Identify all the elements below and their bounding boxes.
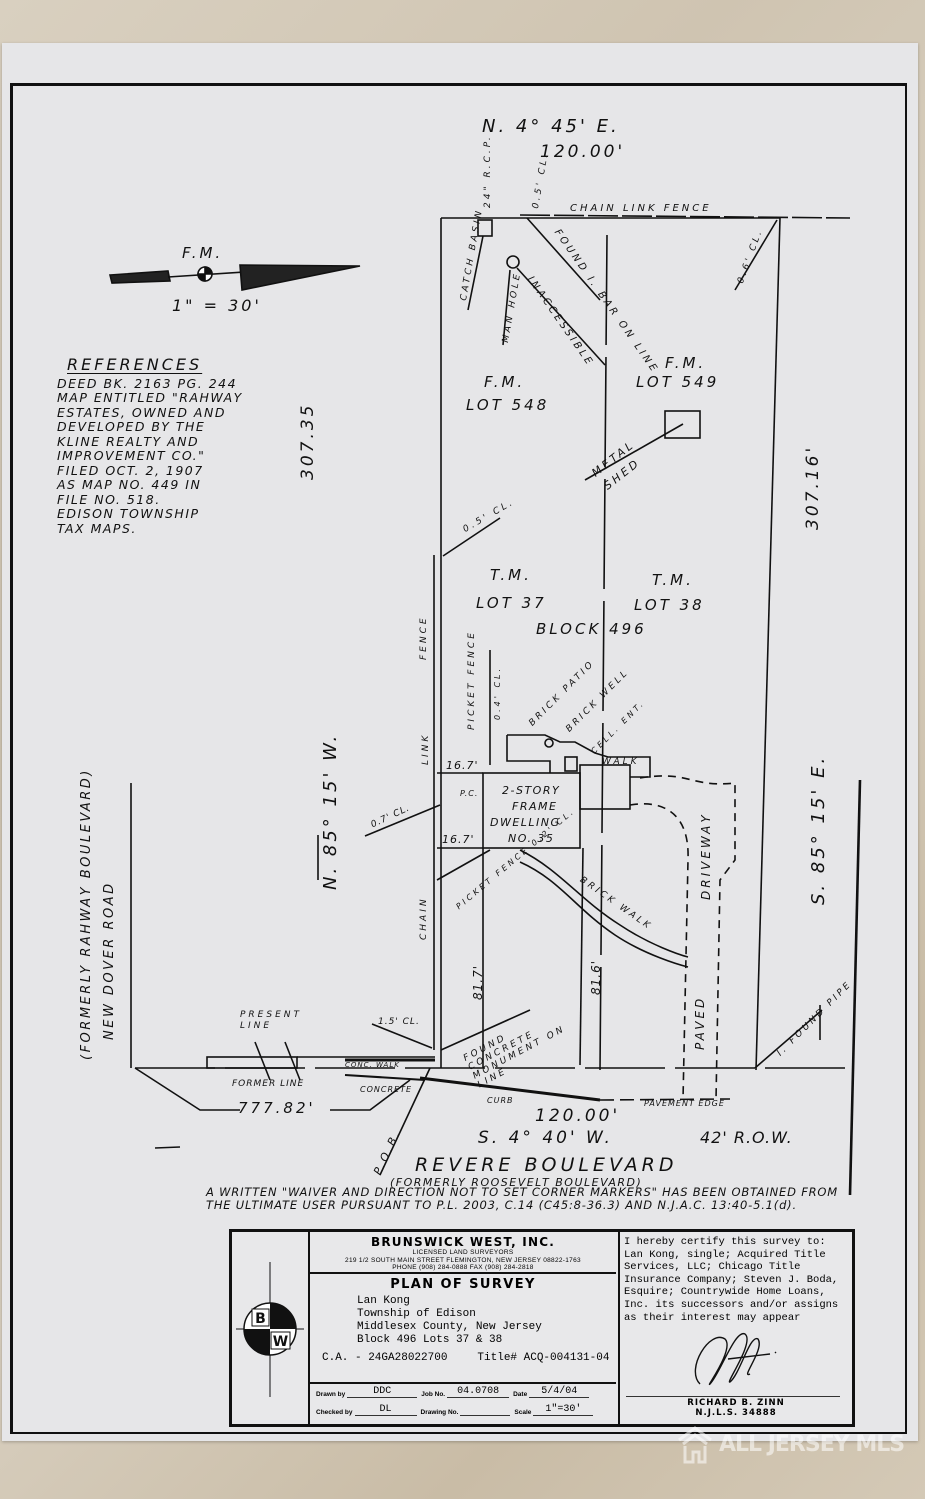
checked-by-value: DL	[355, 1404, 417, 1416]
clearance-15-label: 1.5' CL.	[378, 1018, 420, 1027]
reference-line: AS MAP NO. 449 IN	[57, 478, 317, 493]
title-number: Title# ACQ-004131-04	[477, 1352, 609, 1364]
north-arrow-label: F.M.	[182, 246, 223, 261]
chain-label: CHAIN	[420, 896, 429, 940]
signature	[680, 1324, 790, 1394]
reference-line: MAP ENTITLED "RAHWAY	[57, 391, 317, 406]
drawn-by-label: Drawn by	[316, 1391, 345, 1398]
drawing-no-value	[460, 1415, 510, 1416]
surveyor-license: N.J.L.S. 34888	[620, 1408, 852, 1418]
lot-38-label: LOT 38	[634, 598, 705, 613]
side-road-name: NEW DOVER ROAD	[103, 881, 116, 1040]
reference-line: DEED BK. 2163 PG. 244	[57, 377, 317, 392]
dim-81-6: 81.6'	[590, 960, 602, 995]
drawn-by-value: DDC	[347, 1386, 417, 1398]
lot-37-label: LOT 37	[476, 596, 547, 611]
lot-549-fm: F.M.	[665, 356, 706, 371]
company-logo: B W	[232, 1232, 310, 1424]
picket-fence-top-clearance: 0.4' CL.	[494, 666, 502, 720]
checked-by-label: Checked by	[316, 1409, 353, 1416]
ca-title-row: C.A. - 24GA28022700 Title# ACQ-004131-04	[322, 1352, 616, 1364]
certification-text: I hereby certify this survey to: Lan Kon…	[624, 1236, 850, 1324]
date-value: 5/4/04	[529, 1386, 589, 1398]
owner-info: Lan Kong Township of Edison Middlesex Co…	[357, 1295, 616, 1347]
svg-text:B: B	[255, 1311, 266, 1327]
ca-number: C.A. - 24GA28022700	[322, 1352, 447, 1364]
concrete-label: CONCRETE	[360, 1086, 412, 1094]
owner-name: Lan Kong	[357, 1295, 616, 1308]
house-icon	[677, 1424, 713, 1464]
scale-label: 1" = 30'	[172, 298, 262, 314]
reference-line: DEVELOPED BY THE	[57, 420, 317, 435]
lot-37-tm: T.M.	[490, 568, 532, 583]
mls-watermark: ALL JERSEY MLS	[677, 1424, 904, 1464]
reference-line: TAX MAPS.	[57, 522, 317, 537]
right-of-way: 42' R.O.W.	[700, 1130, 793, 1146]
township: Township of Edison	[357, 1308, 616, 1321]
company-address: 219 1/2 SOUTH MAIN STREET FLEMINGTON, NE…	[310, 1257, 616, 1265]
surveyor-block: RICHARD B. ZINN N.J.L.S. 34888	[620, 1398, 852, 1418]
right-distance: 307.16'	[805, 445, 822, 530]
lot-548-label: LOT 548	[466, 398, 549, 413]
right-bearing: S. 85° 15' E.	[810, 755, 828, 905]
driveway-label: DRIVEWAY	[700, 812, 712, 900]
certification-section: I hereby certify this survey to: Lan Kon…	[618, 1232, 852, 1424]
top-bearing: N. 4° 45' E.	[482, 118, 620, 136]
company-header: BRUNSWICK WEST, INC. LICENSED LAND SURVE…	[310, 1232, 616, 1274]
plan-title: PLAN OF SURVEY	[310, 1277, 616, 1292]
drawing-no-label: Drawing No.	[421, 1409, 459, 1416]
top-distance: 120.00'	[540, 144, 625, 161]
drawing-meta: Drawn by DDC Job No. 04.0708 Date 5/4/04…	[310, 1384, 616, 1424]
reference-line: FILED OCT. 2, 1907	[57, 464, 317, 479]
present-line-label: PRESENT LINE	[240, 1010, 320, 1032]
waiver-note: A WRITTEN "WAIVER AND DIRECTION NOT TO S…	[206, 1186, 856, 1211]
plan-section: PLAN OF SURVEY Lan Kong Township of Edis…	[310, 1274, 616, 1384]
pavement-edge-label: PAVEMENT EDGE	[644, 1100, 725, 1108]
side-road-former-name: (FORMERLY RAHWAY BOULEVARD)	[80, 768, 93, 1060]
title-block-main: BRUNSWICK WEST, INC. LICENSED LAND SURVE…	[310, 1232, 616, 1424]
signature-line	[626, 1396, 840, 1397]
reference-line: EDISON TOWNSHIP	[57, 507, 317, 522]
dim-81-7: 81.7'	[472, 965, 484, 1000]
reference-line: IMPROVEMENT CO."	[57, 449, 317, 464]
lot-548-fm: F.M.	[484, 375, 525, 390]
former-line-label: FORMER LINE	[232, 1080, 304, 1089]
county: Middlesex County, New Jersey	[357, 1321, 616, 1334]
title-block: B W BRUNSWICK WEST, INC. LICENSED LAND S…	[229, 1229, 855, 1427]
bottom-bearing: S. 4° 40' W.	[478, 1130, 613, 1147]
lot-549-label: LOT 549	[636, 375, 719, 390]
block-lots: Block 496 Lots 37 & 38	[357, 1334, 616, 1347]
bottom-distance: 120.00'	[535, 1108, 620, 1125]
scale-label: Scale	[514, 1409, 531, 1416]
walk-label: WALK	[602, 758, 640, 767]
surveyor-name: RICHARD B. ZINN	[620, 1398, 852, 1408]
link-label: LINK	[422, 733, 431, 765]
references-block: REFERENCES DEED BK. 2163 PG. 244 MAP ENT…	[57, 358, 317, 536]
fence-label: FENCE	[420, 615, 429, 660]
company-subtitle: LICENSED LAND SURVEYORS	[310, 1249, 616, 1257]
job-no-label: Job No.	[421, 1391, 445, 1398]
street-name: REVERE BOULEVARD	[415, 1156, 677, 1175]
company-phone: PHONE (908) 284-0888 FAX (908) 284-2818	[310, 1264, 616, 1272]
job-no-value: 04.0708	[447, 1386, 509, 1398]
reference-line: FILE NO. 518.	[57, 493, 317, 508]
lot-38-tm: T.M.	[652, 573, 694, 588]
date-label: Date	[513, 1391, 527, 1398]
dim-16-7-bottom: 16.7'	[442, 834, 475, 845]
pc-label: P.C.	[460, 790, 478, 798]
rcp-label: 24" R.C.P.	[484, 134, 493, 208]
curb-label: CURB	[487, 1097, 514, 1105]
paved-label: PAVED	[694, 996, 706, 1050]
reference-line: KLINE REALTY AND	[57, 435, 317, 450]
references-title: REFERENCES	[67, 358, 317, 373]
dwelling-line-1: 2-STORY	[502, 785, 560, 796]
company-name: BRUNSWICK WEST, INC.	[310, 1235, 616, 1249]
left-bearing: N. 85° 15' W.	[322, 733, 340, 890]
scale-value: 1"=30'	[533, 1404, 593, 1416]
block-label: BLOCK 496	[536, 622, 647, 637]
dim-16-7-top: 16.7'	[446, 760, 479, 771]
reference-line: ESTATES, OWNED AND	[57, 406, 317, 421]
conc-walk-label: CONC. WALK	[345, 1062, 400, 1069]
dwelling-line-2: FRAME	[512, 801, 557, 812]
svg-text:W: W	[273, 1334, 288, 1350]
watermark-text: ALL JERSEY MLS	[719, 1432, 904, 1457]
picket-fence-top-label: PICKET FENCE	[468, 630, 477, 730]
chain-link-fence-label: CHAIN LINK FENCE	[570, 204, 712, 214]
distance-777-label: 777.82'	[238, 1101, 316, 1116]
